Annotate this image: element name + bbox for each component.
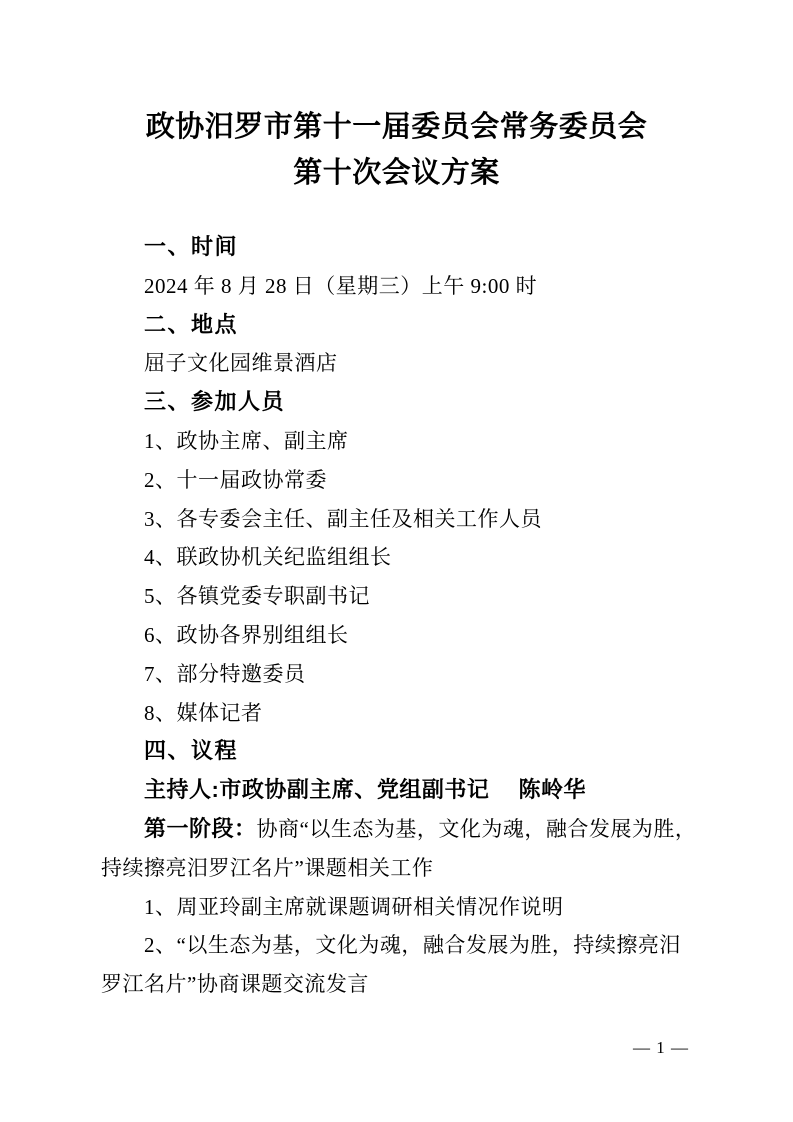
page-number: — 1 — [633,1036,689,1060]
participant-item-1: 1、政协主席、副主席 [101,422,711,461]
title-line-2: 第十次会议方案 [0,150,793,196]
text-host: 主持人:市政协副主席、党组副书记 陈岭华 [101,771,711,810]
agenda-item-2-continuation: 罗江名片”协商课题交流发言 [101,965,711,1004]
body-text: 3、各专委会主任、副主任及相关工作人员 [144,507,542,531]
body-text: 7、部分特邀委员 [144,662,306,686]
host-text: 主持人:市政协副主席、党组副书记 陈岭华 [144,777,586,802]
stage-one-label: 第一阶段： [144,816,257,841]
text-stage-one-continuation: 持续擦亮汨罗江名片”课题相关工作 [101,849,711,888]
participant-item-3: 3、各专委会主任、副主任及相关工作人员 [101,500,711,539]
body-text: 罗江名片”协商课题交流发言 [101,972,369,996]
heading-section-time: 一、时间 [101,228,711,267]
participant-item-4: 4、联政协机关纪监组组长 [101,538,711,577]
text-meeting-venue: 屈子文化园维景酒店 [101,344,711,383]
title-line-1: 政协汨罗市第十一届委员会常务委员会 [0,104,793,150]
body-text: 2、“以生态为基，文化为魂，融合发展为胜，持续擦亮汨 [144,933,681,957]
participant-item-7: 7、部分特邀委员 [101,655,711,694]
participant-item-2: 2、十一届政协常委 [101,461,711,500]
text-meeting-datetime: 2024 年 8 月 28 日（星期三）上午 9:00 时 [101,267,711,306]
document-page: 政协汨罗市第十一届委员会常务委员会 第十次会议方案 一、时间 2024 年 8 … [0,0,793,1122]
participant-item-8: 8、媒体记者 [101,694,711,733]
body-text: 2024 年 8 月 28 日（星期三）上午 9:00 时 [144,274,537,298]
body-text: 5、各镇党委专职副书记 [144,584,370,608]
heading-section-venue: 二、地点 [101,306,711,345]
heading-text: 二、地点 [144,312,238,337]
heading-text: 一、时间 [144,234,238,259]
body-text: 持续擦亮汨罗江名片”课题相关工作 [101,856,433,880]
body-text: 2、十一届政协常委 [144,468,327,492]
heading-text: 四、议程 [144,738,238,763]
document-title: 政协汨罗市第十一届委员会常务委员会 第十次会议方案 [0,104,793,196]
body-text: 1、政协主席、副主席 [144,429,349,453]
agenda-item-1: 1、周亚玲副主席就课题调研相关情况作说明 [101,888,711,927]
document-body: 一、时间 2024 年 8 月 28 日（星期三）上午 9:00 时 二、地点 … [101,228,711,1004]
body-text: 8、媒体记者 [144,701,263,725]
heading-section-participants: 三、参加人员 [101,383,711,422]
text-stage-one: 第一阶段：协商“以生态为基，文化为魂，融合发展为胜， [101,810,711,849]
heading-text: 三、参加人员 [144,389,285,414]
participant-item-5: 5、各镇党委专职副书记 [101,577,711,616]
participant-item-6: 6、政协各界别组组长 [101,616,711,655]
heading-section-agenda: 四、议程 [101,732,711,771]
body-text: 屈子文化园维景酒店 [144,351,338,375]
body-text: 6、政协各界别组组长 [144,623,349,647]
body-text: 协商“以生态为基，文化为魂，融合发展为胜， [257,817,697,841]
body-text: 4、联政协机关纪监组组长 [144,545,392,569]
agenda-item-2: 2、“以生态为基，文化为魂，融合发展为胜，持续擦亮汨 [101,926,711,965]
body-text: 1、周亚玲副主席就课题调研相关情况作说明 [144,895,564,919]
